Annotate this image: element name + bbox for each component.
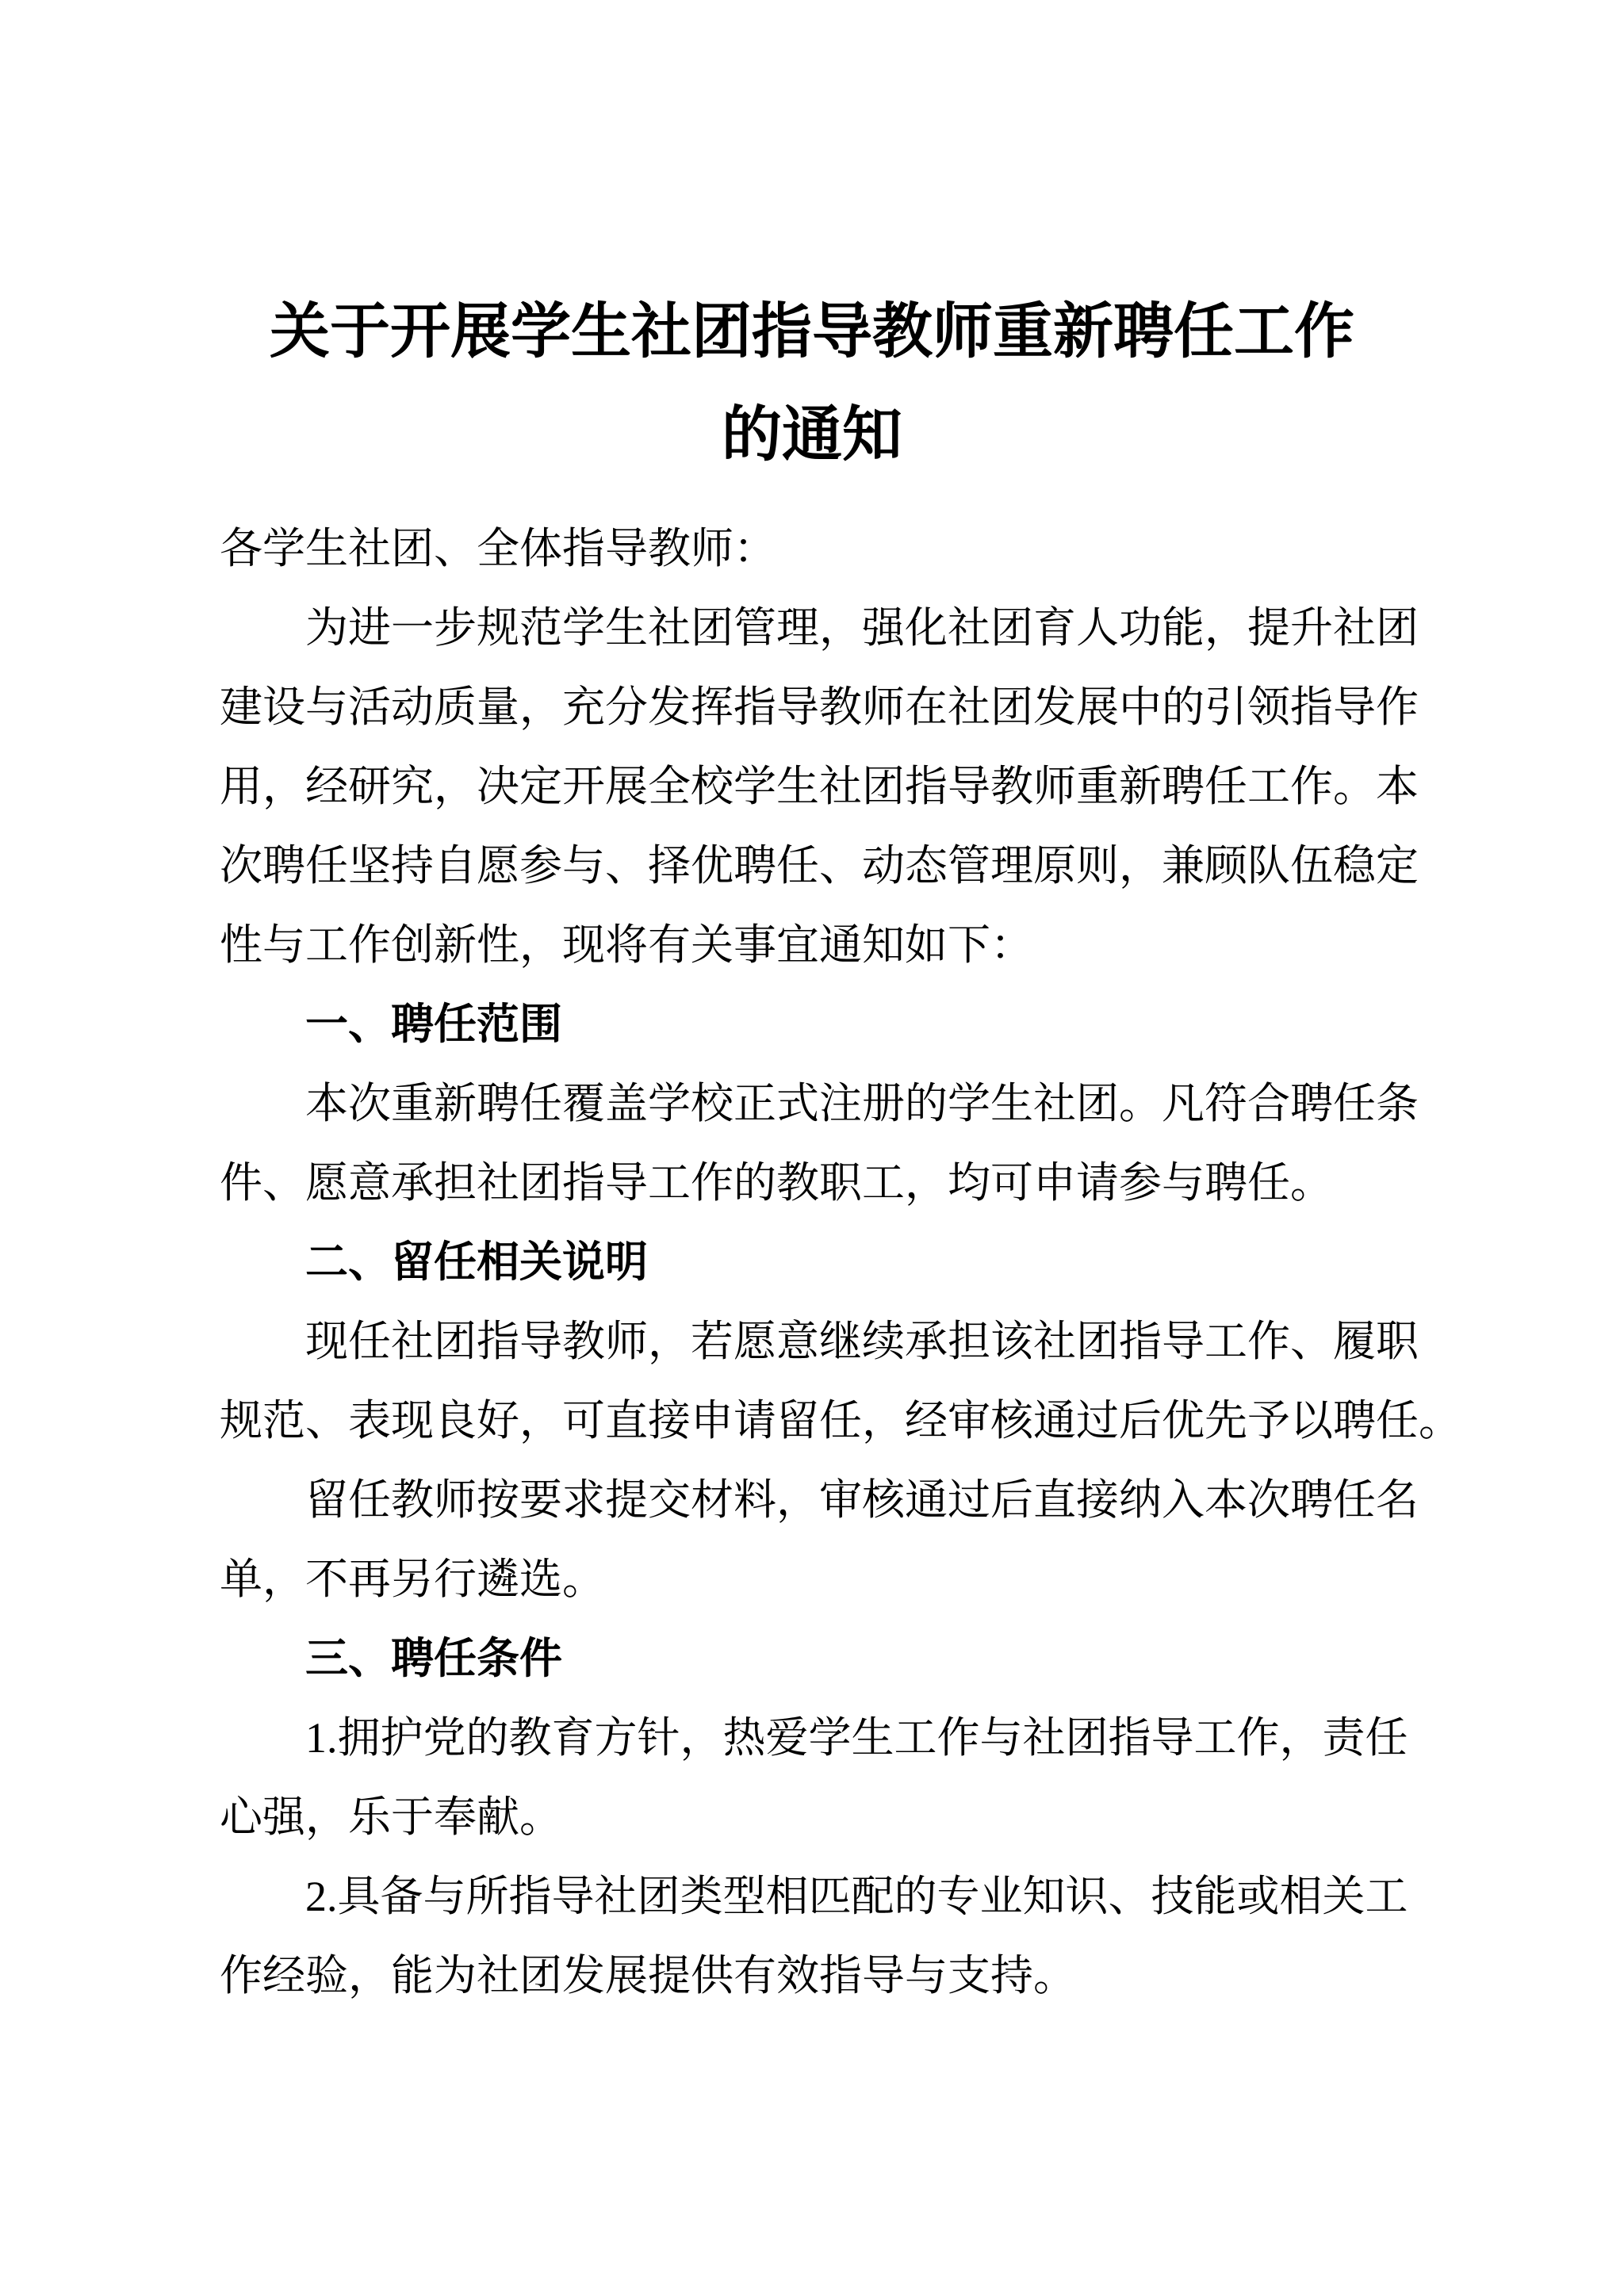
document-page: 关于开展学生社团指导教师重新聘任工作 的通知 各学生社团、全体指导教师：为进一步… [0,0,1624,2296]
section-heading: 二、留任相关说明 [220,1223,1488,1302]
body-paragraph: 2.具备与所指导社团类型相匹配的专业知识、技能或相关工 作经验，能为社团发展提供… [220,1857,1488,2015]
document-body: 各学生社团、全体指导教师：为进一步规范学生社团管理，强化社团育人功能，提升社团 … [220,509,1488,2015]
body-paragraph: 留任教师按要求提交材料，审核通过后直接纳入本次聘任名 单，不再另行遴选。 [220,1460,1488,1619]
body-paragraph: 本次重新聘任覆盖学校正式注册的学生社团。凡符合聘任条 件、愿意承担社团指导工作的… [220,1064,1488,1223]
body-paragraph: 现任社团指导教师，若愿意继续承担该社团指导工作、履职 规范、表现良好，可直接申请… [220,1302,1488,1460]
body-paragraph: 1.拥护党的教育方针，热爱学生工作与社团指导工作，责任 心强，乐于奉献。 [220,1698,1488,1857]
salutation-line: 各学生社团、全体指导教师： [220,509,1488,588]
document-title: 关于开展学生社团指导教师重新聘任工作 的通知 [0,281,1624,487]
body-paragraph: 为进一步规范学生社团管理，强化社团育人功能，提升社团 建设与活动质量，充分发挥指… [220,588,1488,985]
section-heading: 一、聘任范围 [220,985,1488,1064]
section-heading: 三、聘任条件 [220,1619,1488,1698]
